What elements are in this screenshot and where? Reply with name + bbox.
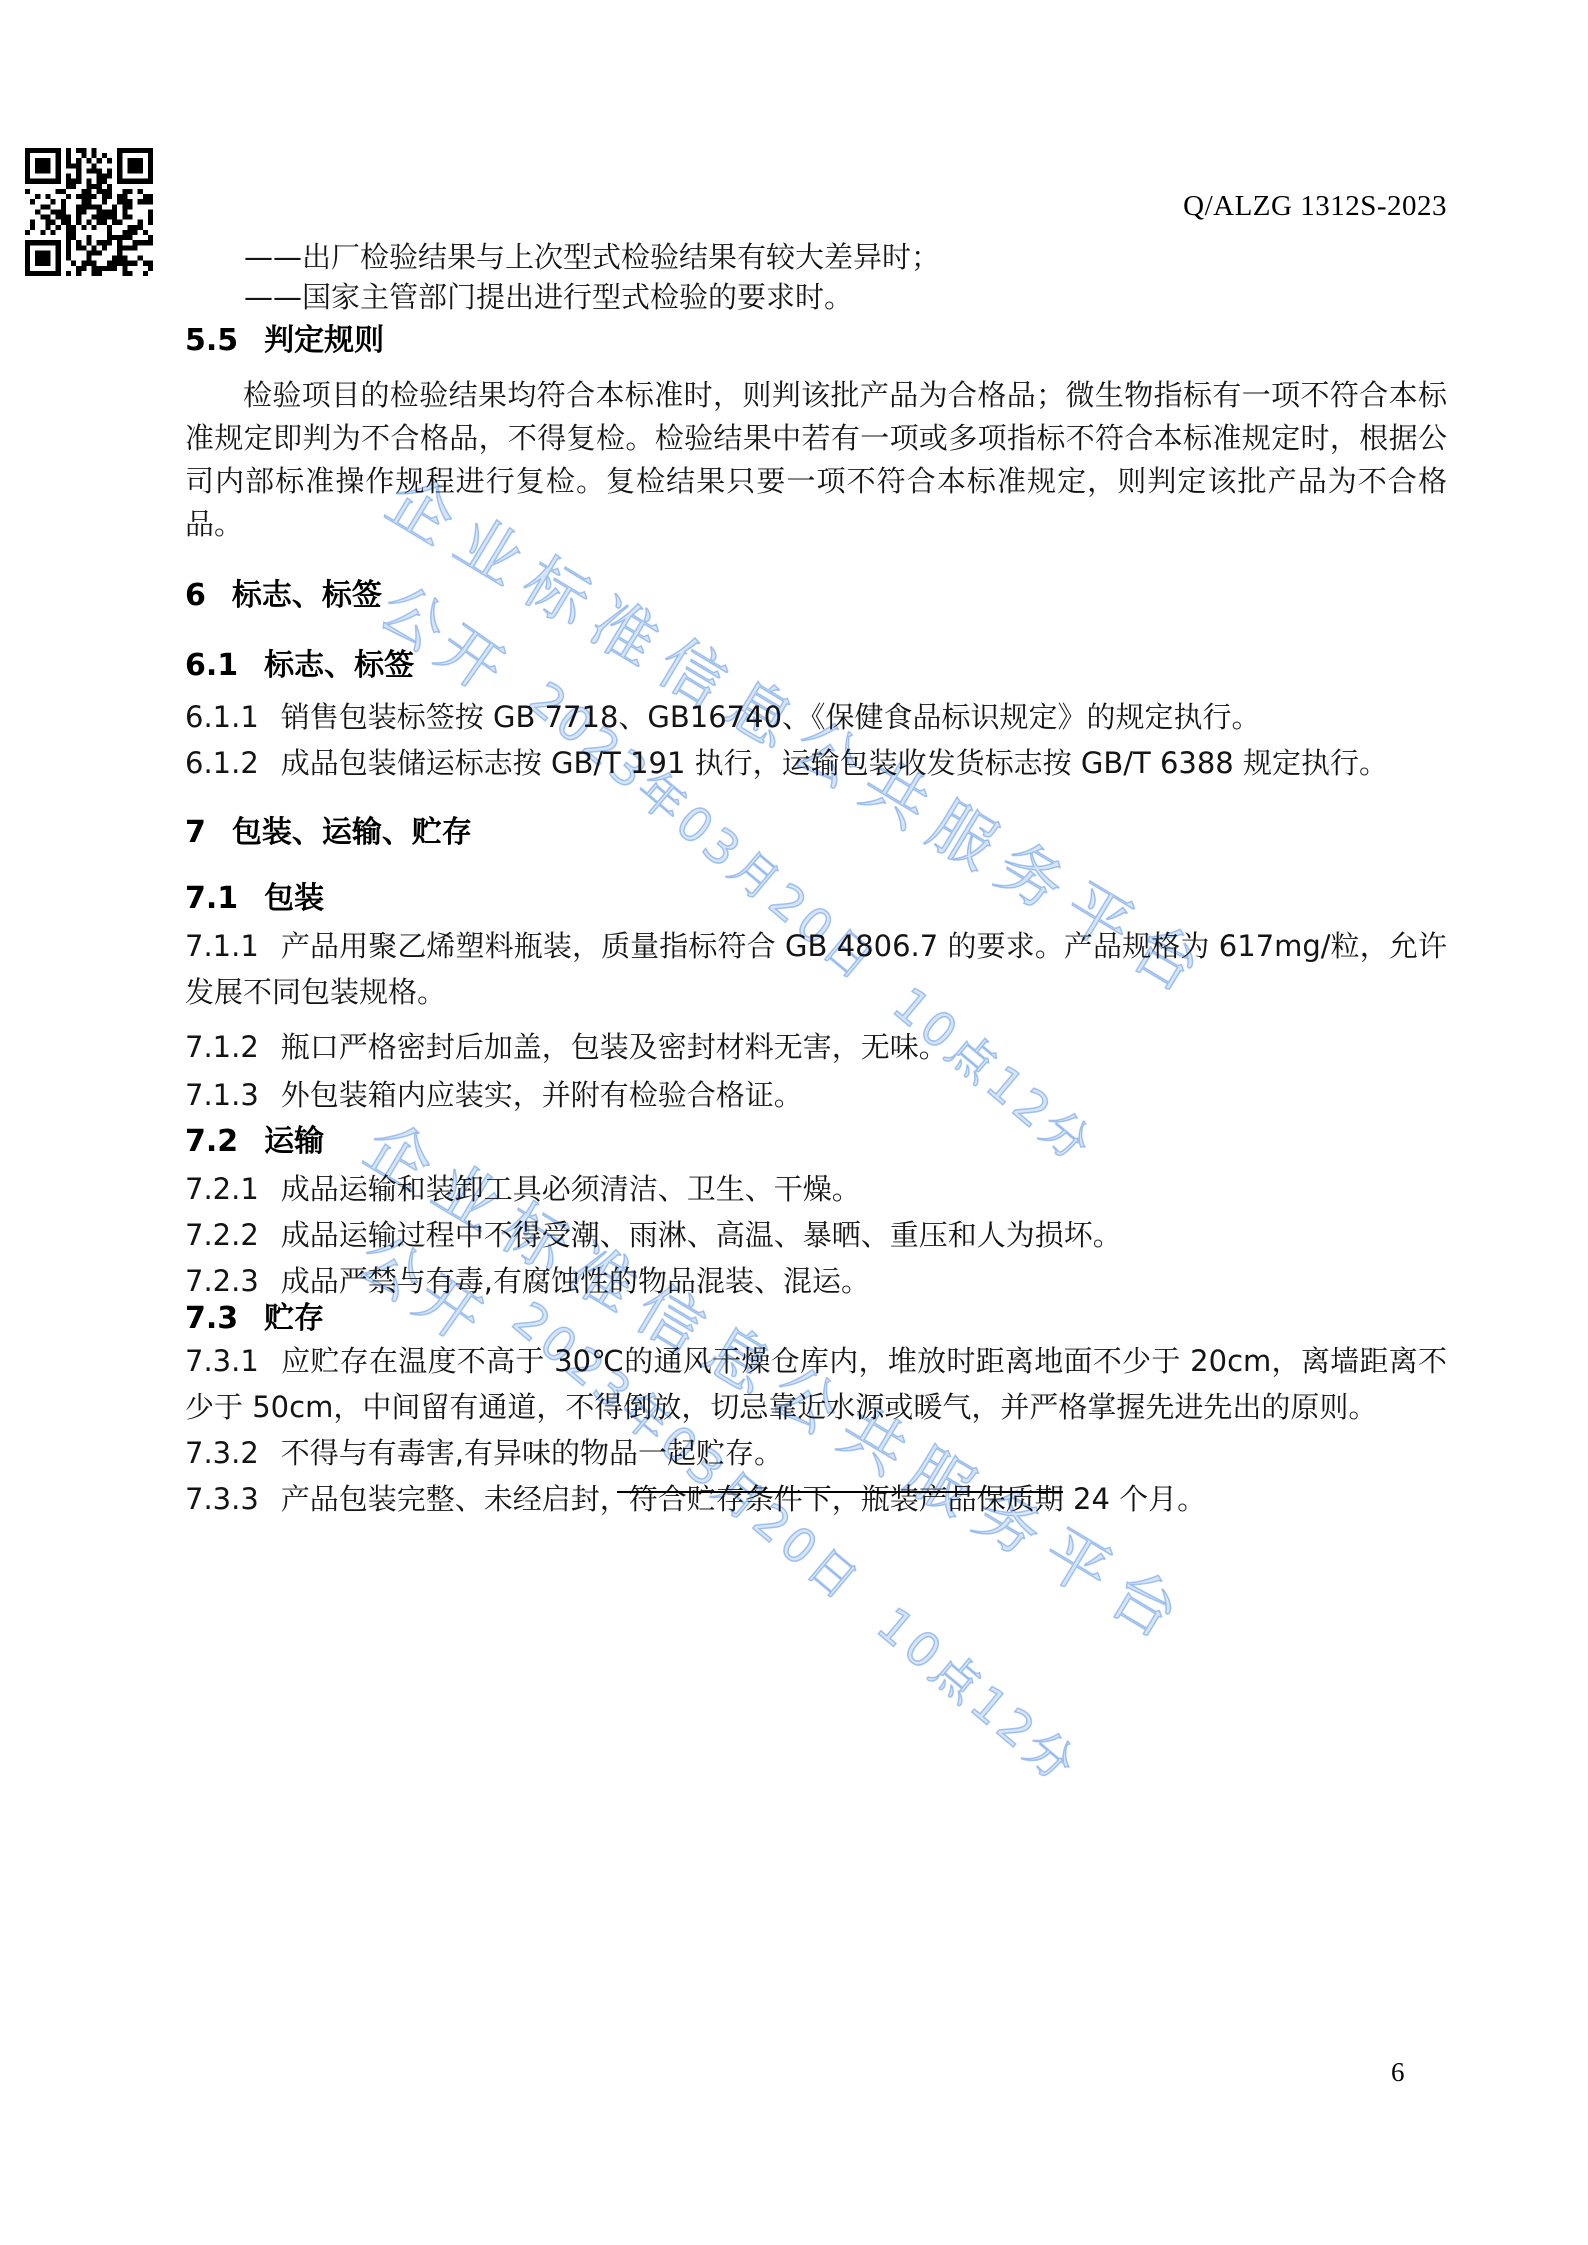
section-heading-7-3: 7.3贮存	[185, 1304, 1447, 1334]
clause-text: 成品运输和装卸工具必须清洁、卫生、干燥。	[281, 1172, 861, 1206]
section-heading-6: 6标志、标签	[185, 572, 1447, 620]
section-number: 7	[185, 815, 206, 850]
dash-list-item: ——国家主管部门提出进行型式检验的要求时。	[244, 277, 1447, 317]
clause-7-2-2: 7.2.2成品运输过程中不得受潮、雨淋、高温、暴晒、重压和人为损坏。	[185, 1212, 1447, 1258]
clause-7-3-3: 7.3.3产品包装完整、未经启封，符合贮存条件下，瓶装产品保质期 24 个月。	[185, 1476, 1447, 1522]
clause-text: 瓶口严格密封后加盖，包装及密封材料无害，无味。	[281, 1030, 948, 1064]
section-title: 判定规则	[264, 323, 384, 358]
clause-text: 产品用聚乙烯塑料瓶装，质量指标符合 GB 4806.7 的要求。产品规格为 61…	[185, 929, 1447, 1009]
section-number: 6	[185, 578, 206, 613]
clause-number: 6.1.2	[185, 746, 259, 780]
clause-text: 产品包装完整、未经启封，符合贮存条件下，瓶装产品保质期 24 个月。	[281, 1482, 1206, 1516]
clause-7-2-1: 7.2.1成品运输和装卸工具必须清洁、卫生、干燥。	[185, 1166, 1447, 1212]
section-heading-6-1: 6.1标志、标签	[185, 642, 1447, 690]
clause-text: 成品严禁与有毒,有腐蚀性的物品混装、混运。	[281, 1264, 870, 1298]
clause-text: 成品运输过程中不得受潮、雨淋、高温、暴晒、重压和人为损坏。	[281, 1218, 1122, 1252]
document-end-rule	[617, 1491, 1063, 1493]
clause-7-1-1: 7.1.1产品用聚乙烯塑料瓶装，质量指标符合 GB 4806.7 的要求。产品规…	[185, 923, 1447, 1015]
clause-6-1-2: 6.1.2成品包装储运标志按 GB/T 191 执行，运输包装收发货标志按 GB…	[185, 740, 1447, 786]
section-heading-5-5: 5.5判定规则	[185, 317, 1447, 365]
clause-7-1-3: 7.1.3外包装箱内应装实，并附有检验合格证。	[185, 1072, 1447, 1118]
qr-code	[25, 146, 153, 278]
section-number: 7.1	[185, 881, 238, 916]
clause-number: 7.1.1	[185, 929, 259, 963]
section-title: 标志、标签	[264, 648, 414, 683]
clause-text: 成品包装储运标志按 GB/T 191 执行，运输包装收发货标志按 GB/T 63…	[281, 746, 1388, 780]
paragraph: 检验项目的检验结果均符合本标准时，则判该批产品为合格品；微生物指标有一项不符合本…	[185, 374, 1447, 546]
clause-text: 应贮存在温度不高于 30℃的通风干燥仓库内，堆放时距离地面不少于 20cm，离墙…	[185, 1344, 1447, 1424]
section-title: 贮存	[264, 1301, 324, 1336]
clause-number: 6.1.1	[185, 700, 259, 734]
clause-number: 7.3.3	[185, 1482, 259, 1516]
section-number: 7.2	[185, 1124, 238, 1159]
clause-7-3-2: 7.3.2不得与有毒害,有异味的物品一起贮存。	[185, 1430, 1447, 1476]
clause-7-3-1: 7.3.1应贮存在温度不高于 30℃的通风干燥仓库内，堆放时距离地面不少于 20…	[185, 1338, 1447, 1430]
clause-number: 7.2.2	[185, 1218, 259, 1252]
clause-text: 不得与有毒害,有异味的物品一起贮存。	[281, 1436, 783, 1470]
document-body: ——出厂检验结果与上次型式检验结果有较大差异时； ——国家主管部门提出进行型式检…	[185, 237, 1447, 1522]
document-page: Q/ALZG 1312S-2023 企业标准信息公共服务平台 公开 2023年0…	[0, 0, 1588, 2245]
clause-number: 7.1.2	[185, 1030, 259, 1064]
section-title: 运输	[264, 1124, 324, 1159]
section-number: 5.5	[185, 323, 238, 358]
clause-7-1-2: 7.1.2瓶口严格密封后加盖，包装及密封材料无害，无味。	[185, 1024, 1447, 1070]
section-number: 6.1	[185, 648, 238, 683]
section-title: 包装	[264, 881, 324, 916]
clause-text: 外包装箱内应装实，并附有检验合格证。	[281, 1078, 803, 1112]
dash-list-item: ——出厂检验结果与上次型式检验结果有较大差异时；	[244, 237, 1447, 277]
section-title: 包装、运输、贮存	[232, 815, 472, 850]
section-title: 标志、标签	[232, 578, 382, 613]
clause-number: 7.1.3	[185, 1078, 259, 1112]
clause-7-2-3: 7.2.3成品严禁与有毒,有腐蚀性的物品混装、混运。	[185, 1258, 1447, 1304]
section-number: 7.3	[185, 1301, 238, 1336]
section-heading-7-2: 7.2运输	[185, 1118, 1447, 1166]
page-number: 6	[1391, 2057, 1405, 2088]
doc-code: Q/ALZG 1312S-2023	[1183, 190, 1447, 223]
clause-text: 销售包装标签按 GB 7718、GB16740、《保健食品标识规定》的规定执行。	[281, 700, 1261, 734]
section-heading-7-1: 7.1包装	[185, 875, 1447, 923]
section-heading-7: 7包装、运输、贮存	[185, 809, 1447, 857]
clause-6-1-1: 6.1.1销售包装标签按 GB 7718、GB16740、《保健食品标识规定》的…	[185, 694, 1447, 740]
clause-number: 7.3.2	[185, 1436, 259, 1470]
clause-number: 7.2.3	[185, 1264, 259, 1298]
clause-number: 7.3.1	[185, 1344, 259, 1378]
clause-number: 7.2.1	[185, 1172, 259, 1206]
